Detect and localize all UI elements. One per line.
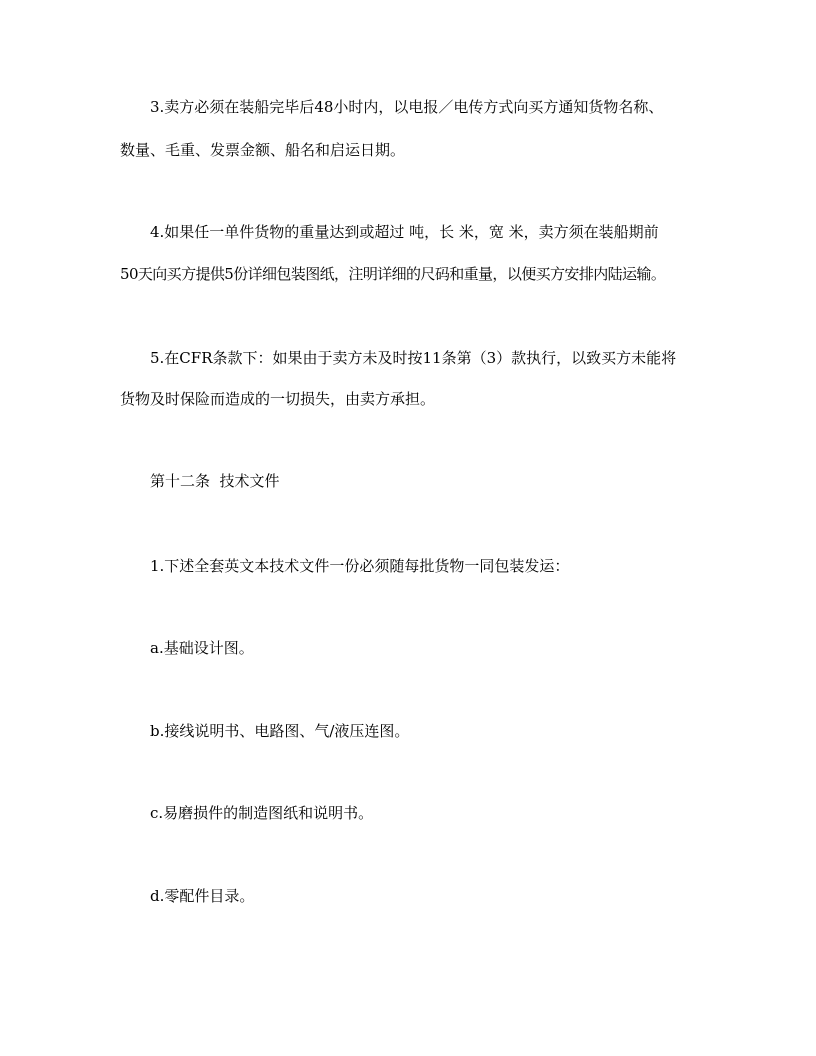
list-item-a: a.基础设计图。 (150, 638, 254, 658)
list-item-b: b.接线说明书、电路图、气/液压连图。 (150, 721, 409, 741)
list-item-c: c.易磨损件的制造图纸和说明书。 (150, 803, 373, 823)
list-item-d: d.零配件目录。 (150, 886, 254, 906)
clause-4-line-2: 50天向买方提供5份详细包装图纸，注明详细的尺码和重量，以便买方安排内陆运输。 (120, 264, 665, 284)
clause-3-line-2: 数量、毛重、发票金额、船名和启运日期。 (120, 140, 405, 160)
document-page: 3.卖方必须在装船完毕后48小时内，以电报／电传方式向买方通知货物名称、 数量、… (0, 0, 816, 1056)
clause-12-1: 1.下述全套英文本技术文件一份必须随每批货物一同包装发运： (150, 556, 569, 576)
clause-5-line-1: 5.在CFR条款下：如果由于卖方未及时按11条第（3）款执行，以致买方未能将 (150, 348, 676, 368)
clause-3-line-1: 3.卖方必须在装船完毕后48小时内，以电报／电传方式向买方通知货物名称、 (150, 97, 663, 117)
clause-5-line-2: 货物及时保险而造成的一切损失，由卖方承担。 (120, 389, 435, 409)
clause-4-line-1: 4.如果任一单件货物的重量达到或超过 吨，长 米，宽 米，卖方须在装船期前 (150, 222, 659, 242)
section-heading: 第十二条 技术文件 (150, 471, 280, 491)
